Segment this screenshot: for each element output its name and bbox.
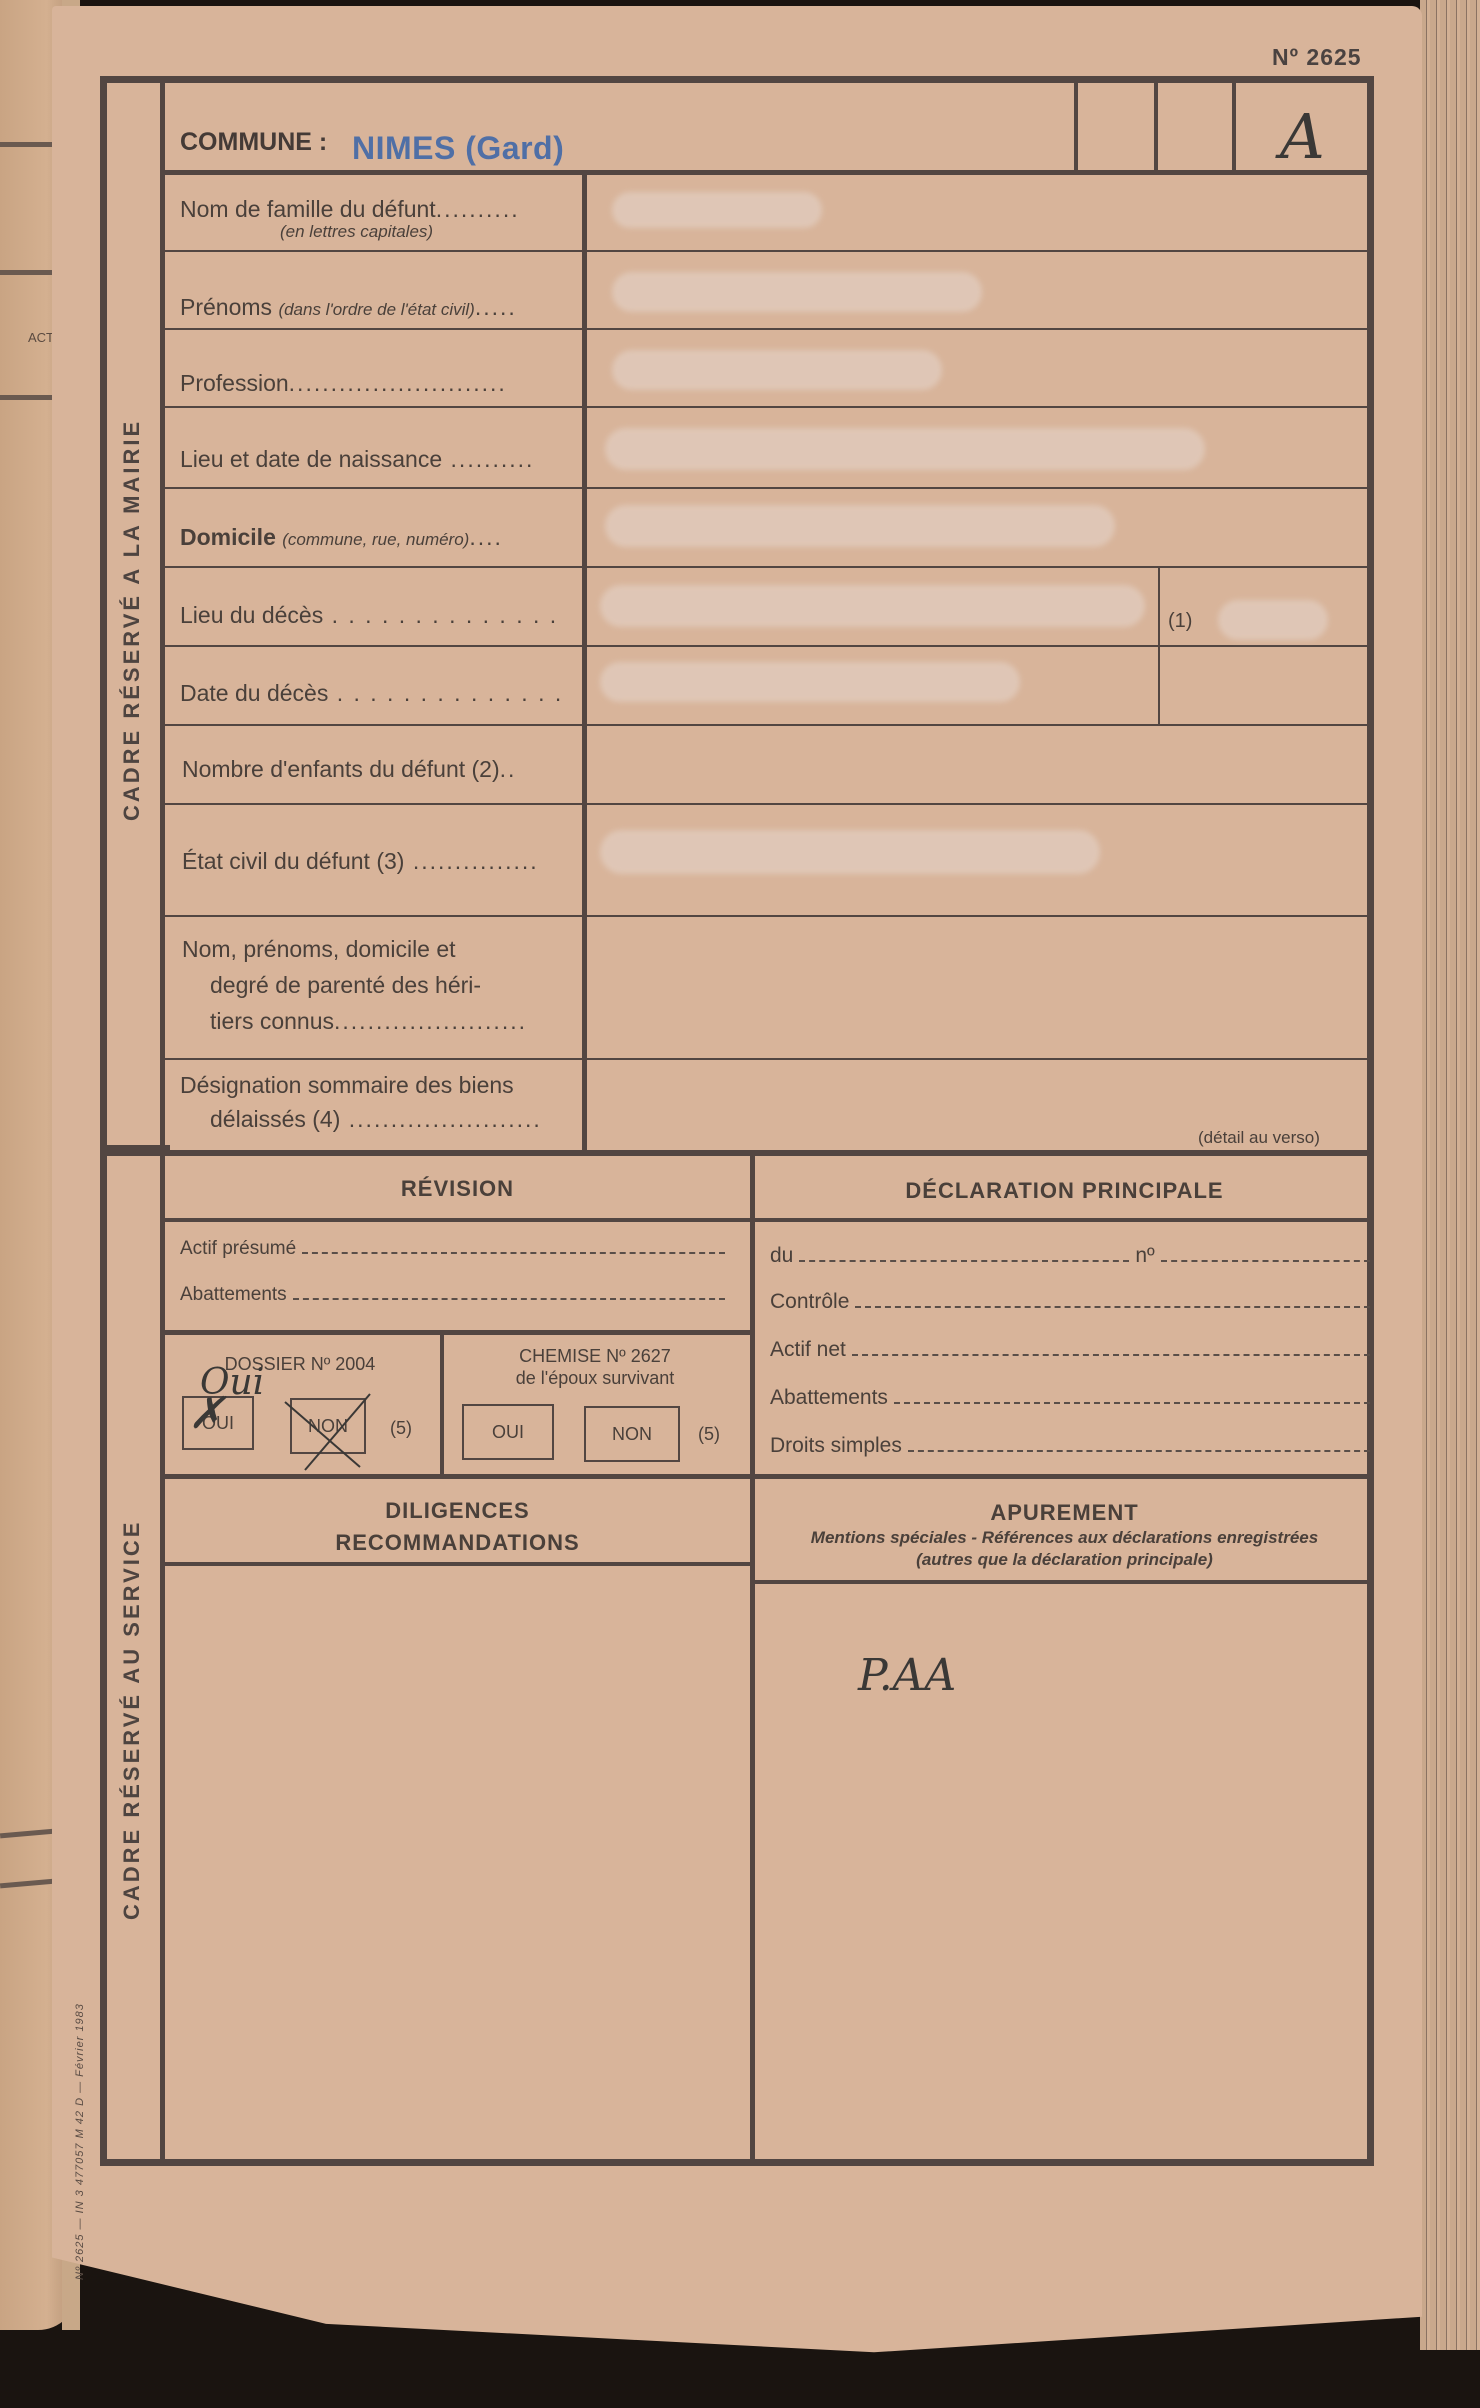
apurement-subtitle: Mentions spéciales - Références aux décl… (755, 1528, 1374, 1548)
page-edges (1420, 0, 1480, 2350)
redacted-value (600, 585, 1145, 627)
redacted-value (605, 428, 1205, 470)
diligences-content-area[interactable] (170, 1570, 748, 2160)
row-divider (165, 1474, 1374, 1479)
dossier-non-cross-out (280, 1392, 380, 1472)
row-divider (162, 915, 1374, 917)
commune-stamp: NIMES (Gard) (352, 130, 564, 167)
service-column-divider (750, 1156, 755, 2166)
print-reference: Nº 2625 — IN 3 477057 M 42 D — Février 1… (74, 1890, 98, 2280)
droits-simples-field[interactable]: Droits simples (770, 1434, 1370, 1458)
actif-net-field[interactable]: Actif net (770, 1338, 1370, 1362)
diligences-title: DILIGENCES (165, 1498, 750, 1524)
field-label-nom: Nom de famille du défunt.......... (180, 196, 520, 223)
side-divider (160, 1150, 165, 2164)
death-place-divider (1158, 566, 1160, 726)
chemise-footnote: (5) (698, 1424, 720, 1445)
header-box-divider (1154, 80, 1158, 172)
redacted-value (600, 830, 1100, 874)
header-box-divider (1074, 80, 1078, 172)
row-divider (162, 250, 1374, 252)
service-side-label: CADRE RÉSERVÉ AU SERVICE (112, 1465, 152, 1975)
header-handwritten-mark: A (1280, 100, 1325, 173)
redacted-value (605, 505, 1115, 547)
row-divider (165, 1330, 750, 1335)
field-label-lieu-deces: Lieu du décès . . . . . . . . . . . . . … (180, 602, 558, 629)
field-label-heritiers-1: Nom, prénoms, domicile et (182, 936, 456, 963)
abattements-revision-field[interactable]: Abattements (180, 1284, 725, 1306)
row-divider (165, 1218, 1374, 1222)
redacted-value (612, 350, 942, 390)
row-divider (162, 803, 1374, 805)
chemise-title: CHEMISE Nº 2627 (460, 1346, 730, 1367)
field-label-prenoms: Prénoms (dans l'ordre de l'état civil)..… (180, 294, 517, 321)
document-number: Nº 2625 (1272, 44, 1362, 71)
detail-verso-note: (détail au verso) (1198, 1128, 1320, 1148)
row-divider (162, 566, 1374, 568)
label-column-divider (582, 172, 587, 1150)
row-divider (165, 1562, 750, 1566)
row-divider (160, 170, 1374, 175)
field-label-biens-1: Désignation sommaire des biens (180, 1072, 514, 1099)
actif-presume-field[interactable]: Actif présumé (180, 1238, 725, 1260)
apurement-title: APUREMENT (755, 1500, 1374, 1526)
revision-title: RÉVISION (165, 1176, 750, 1202)
row-divider (162, 487, 1374, 489)
field-label-heritiers-3: tiers connus....................... (210, 1008, 527, 1035)
declaration-du-field[interactable]: du nº (770, 1244, 1370, 1268)
field-note-nom: (en lettres capitales) (280, 222, 433, 242)
dossier-divider (440, 1335, 444, 1475)
row-divider (162, 724, 1374, 726)
footnote-1-label: (1) (1168, 610, 1192, 633)
redacted-value (612, 192, 822, 228)
abattements-declaration-field[interactable]: Abattements (770, 1386, 1370, 1410)
dossier-oui-check-mark: ✗ (188, 1388, 225, 1439)
declaration-title: DÉCLARATION PRINCIPALE (755, 1178, 1374, 1204)
recommandations-title: RECOMMANDATIONS (165, 1530, 750, 1556)
commune-label: COMMUNE : (180, 128, 327, 157)
field-label-profession: Profession.......................... (180, 370, 507, 397)
field-label-enfants: Nombre d'enfants du défunt (2).. (182, 756, 516, 783)
header-box-divider (1232, 80, 1236, 172)
field-label-domicile: Domicile (commune, rue, numéro).... (180, 524, 503, 551)
controle-field[interactable]: Contrôle (770, 1290, 1370, 1314)
field-label-etat-civil: État civil du défunt (3) ............... (182, 848, 539, 875)
row-divider (162, 328, 1374, 330)
redacted-value (612, 272, 982, 312)
redacted-value (600, 662, 1020, 702)
mairie-side-label: CADRE RÉSERVÉ A LA MAIRIE (112, 370, 152, 870)
row-divider (162, 1058, 1374, 1060)
field-label-date-deces: Date du décès . . . . . . . . . . . . . … (180, 680, 563, 707)
redacted-value (1218, 600, 1328, 640)
apurement-subtitle-2: (autres que la déclaration principale) (755, 1550, 1374, 1570)
field-label-naissance: Lieu et date de naissance .......... (180, 446, 534, 473)
chemise-non-box[interactable]: NON (584, 1406, 680, 1462)
row-divider (755, 1580, 1374, 1584)
chemise-subtitle: de l'époux survivant (460, 1368, 730, 1389)
dossier-footnote: (5) (390, 1418, 412, 1439)
row-divider (162, 406, 1374, 408)
section-divider (100, 1150, 1374, 1156)
row-divider (162, 645, 1374, 647)
oui-label: OUI (492, 1422, 524, 1443)
side-divider (160, 80, 165, 1150)
field-label-biens-2: délaissés (4) ....................... (210, 1106, 542, 1133)
field-label-heritiers-2: degré de parenté des héri- (210, 972, 481, 999)
chemise-oui-box[interactable]: OUI (462, 1404, 554, 1460)
apurement-handwritten-note[interactable]: P.AA (858, 1650, 956, 1701)
non-label: NON (612, 1424, 652, 1445)
